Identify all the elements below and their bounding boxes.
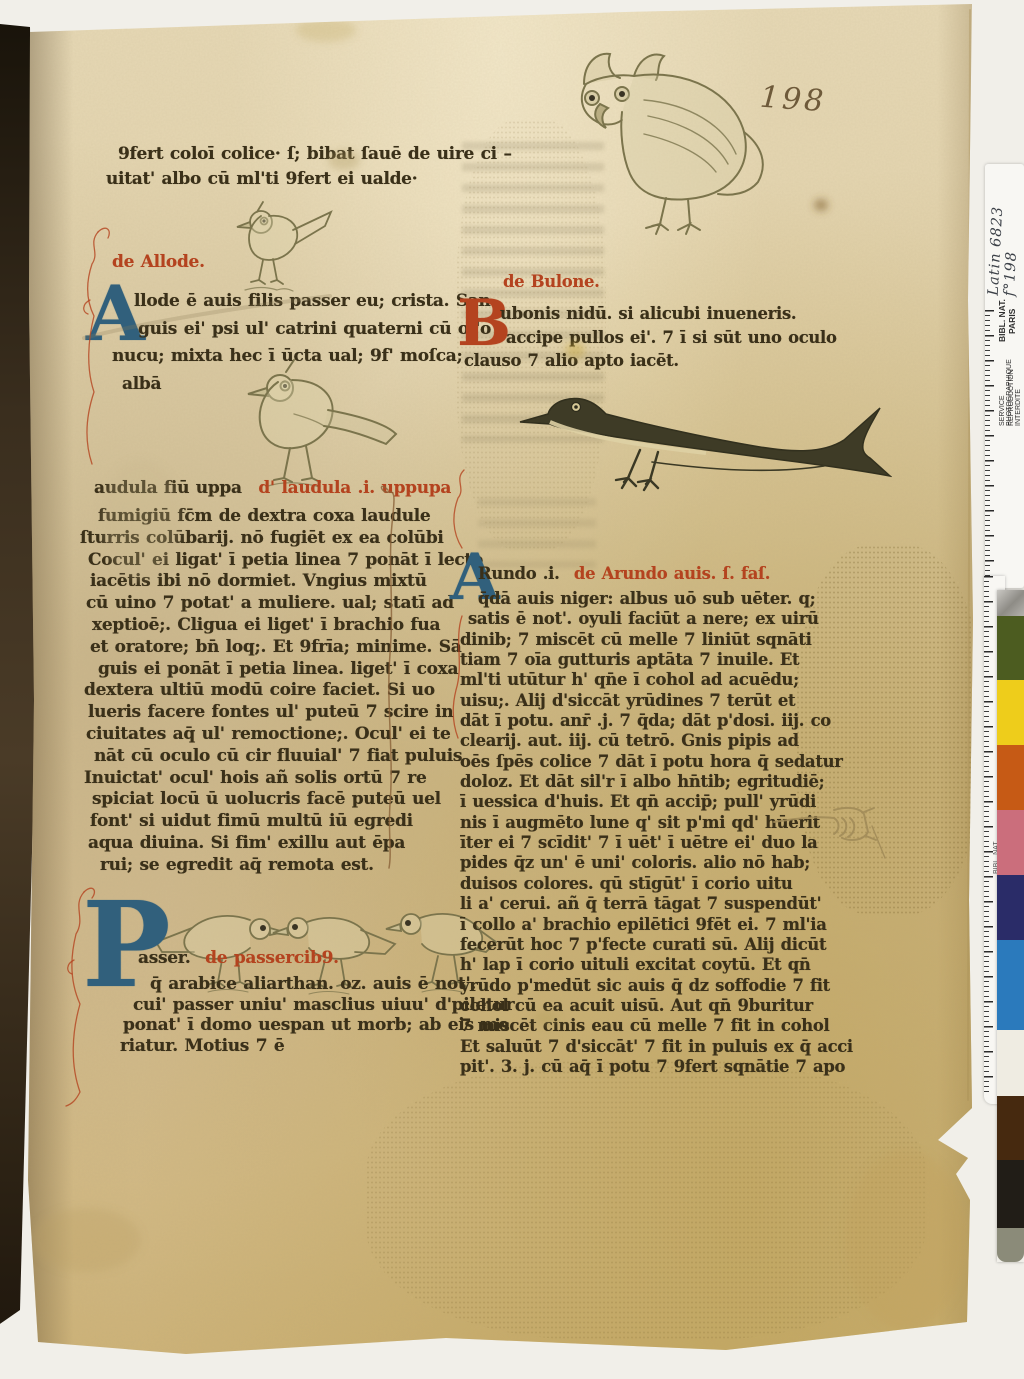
- manuscript-line: Cocul' ei ligat' ī petia linea 7 ponāt ī…: [88, 550, 483, 572]
- rubric-bulone: de Bulone.: [503, 272, 600, 292]
- manuscript-line: riatur. Motius 7 ē: [120, 1036, 514, 1057]
- manuscript-line: lueris facere fontes ul' puteū 7 scire i…: [88, 702, 483, 724]
- manuscript-line: Rundo .i.: [478, 564, 560, 583]
- manuscript-line: font' si uidut fimū multū iū egredi: [90, 811, 483, 833]
- color-patch: [997, 590, 1024, 616]
- color-patch: [997, 1160, 1024, 1228]
- color-patch: [997, 940, 1024, 1030]
- manuscript-line: q̄dā auis niger: albus uō sub uēter. q;: [478, 589, 853, 609]
- manuscript-line: ponat' ī domo uespan ut morb; ab eis mo: [123, 1015, 514, 1036]
- manuscript-line: dāt ī potu. anr̄ .j. 7 q̄da; dāt p'dosi.…: [460, 711, 853, 731]
- laudula-heading-line: audula fiū uppa d' laudula .i. uppupa: [94, 478, 451, 500]
- folio-number: 198: [759, 80, 828, 120]
- manuscript-line: asser.: [138, 948, 191, 968]
- manuscript-line: uisu;. Alij d'siccāt yrūdines 7 terūt et: [460, 691, 853, 711]
- manuscript-line: cohol cū ea acuit uisū. Aut qn̄ 9buritur: [460, 996, 853, 1016]
- manuscript-line: aqua diuina. Si fim' exillu aut ēpa: [88, 833, 483, 855]
- manuscript-line: nucu; mixta hec ī ūcta ual; 9f' moſca;: [112, 343, 497, 371]
- manuscript-line: fecerūt hoc 7 p'fecte curati sū. Alij di…: [460, 935, 853, 955]
- manuscript-line: ī uessica d'huis. Et qn̄ accip̄; pull' y…: [460, 792, 853, 812]
- laudula-paragraph: fumigiū fc̄m de dextra coxa laudule ſtur…: [80, 506, 483, 877]
- crested-lark-small-illustration: [205, 200, 340, 300]
- manuscript-line: cū uino 7 potat' a muliere. ual; statī a…: [86, 593, 483, 615]
- color-patch: [997, 1030, 1024, 1096]
- rubric-passer: de passercib9.: [205, 948, 339, 968]
- bulone-paragraph: ubonis nidū. si alicubi inueneris. accip…: [462, 302, 837, 373]
- manuscript-line: yrūdo p'medūt sic auis q̄ dz soffodie 7 …: [460, 976, 853, 996]
- manuscript-line: nis ī augmēto lune q' sit p'mi qd' hūeri…: [460, 813, 853, 833]
- manuscript-line: nāt cū oculo cū cir fluuial' 7 fiat pulu…: [94, 746, 483, 768]
- manuscript-line: ſturris colūbarij. nō fugiēt ex ea colūb…: [80, 528, 483, 550]
- service-label-line2: REPRODUCTION INTERDITE: [1008, 344, 1022, 426]
- manuscript-line: 7 miscēt cinis eau cū melle 7 fit in coh…: [460, 1016, 853, 1036]
- rubric-laudula: d' laudula .i. uppupa: [258, 478, 451, 498]
- manuscript-line: guis ei' psi ul' catrini quaterni cū ol'…: [138, 316, 497, 344]
- color-patch: [997, 745, 1024, 810]
- manuscript-line: spiciat locū ū uolucris facē puteū uel: [92, 789, 483, 811]
- manuscript-line: et oratore; bn̄ loq;. Et 9frīa; minime. …: [90, 637, 483, 659]
- manuscript-line: duisos colores. qū stīgūt' ī corio uitu: [460, 874, 853, 894]
- manuscript-line: albā: [122, 371, 497, 399]
- manuscript-line: li a' cerui. añ q̄ terrā tāgat 7 suspend…: [460, 894, 853, 914]
- manuscript-photograph: { "palette": { "parchment": "#ddcba0", "…: [0, 0, 1024, 1379]
- manuscript-line: īter ei 7 scīdit' 7 ī uēt' ī uētre ei' d…: [460, 833, 853, 853]
- manuscript-line: oēs ſpēs colice 7 dāt ī potu hora q̄ sed…: [460, 752, 853, 772]
- allode-paragraph: llode ē auis filis passer eu; crista. Sa…: [108, 288, 497, 398]
- manuscript-line: llode ē auis filis passer eu; crista. Sa…: [134, 288, 497, 316]
- color-patch: [997, 810, 1024, 875]
- manuscript-line: rui; se egredit aq̄ remota est.: [100, 855, 483, 877]
- manuscript-line: ciuitates aq̄ ul' remoctione;. Ocul' ei …: [86, 724, 483, 746]
- manuscript-line: clauso 7 alio apto iacēt.: [464, 349, 837, 373]
- hair-follicle-speckle: [366, 1060, 926, 1340]
- manuscript-line: pides q̄z un' ē uni' coloris. alio nō ha…: [460, 853, 853, 873]
- color-calibration-bar: [997, 590, 1024, 1262]
- ruler-major-ticks: [984, 576, 993, 1096]
- manuscript-page: 198 9fert coloī colice· ſ; bibat ſauē de…: [26, 0, 975, 1379]
- manuscript-line: guis ei ponāt ī petia linea. liget' ī co…: [98, 659, 483, 681]
- manuscript-line: ī collo a' brachio epilētici 9fēt ei. 7 …: [460, 915, 853, 935]
- black-swallow-illustration: [492, 392, 892, 507]
- manuscript-line: tiam 7 oīa gutturis aptāta 7 inuile. Et: [460, 650, 853, 670]
- manuscript-line: cui' passer uniu' masclius uiuu' d'pilet…: [133, 995, 514, 1016]
- arundo-paragraph: q̄dā auis niger: albus uō sub uēter. q; …: [460, 589, 853, 1077]
- manuscript-line: h' lap ī corio uituli excitat coytū. Et …: [460, 955, 853, 975]
- photo-label-strip: Latin 6823 f°198 BIBL. NAT. PARIS SERVIC…: [985, 164, 1024, 588]
- manuscript-line: dextera ultiū modū coire faciet. Si uo: [84, 680, 483, 702]
- manuscript-line: Inuictat' ocul' hois añ solis ortū 7 re: [84, 768, 483, 790]
- intro-paragraph: 9fert coloī colice· ſ; bibat ſauē de uir…: [106, 142, 512, 192]
- rubric-arundo: de Arundo auis. ſ. faſ.: [574, 564, 770, 583]
- horned-owl-illustration: [548, 46, 773, 251]
- manuscript-line: xeptioē;. Cligua ei liget' ī brachio fua: [92, 615, 483, 637]
- color-patch: [997, 616, 1024, 680]
- manuscript-line: uitat' albo cū ml'ti 9fert ei ualde·: [106, 167, 512, 192]
- manuscript-line: ml'ti utūtur h' qn̄e ī cohol ad acuēdu;: [460, 670, 853, 690]
- manuscript-line: dinib; 7 miscēt cū melle 7 liniūt sqnāti: [460, 630, 853, 650]
- manuscript-line: doloz. Et dāt sil'r ī albo hn̄tib; egrit…: [460, 772, 853, 792]
- manuscript-line: pit'. 3. j. cū aq̄ ī potu 7 9fert sqnāti…: [460, 1057, 853, 1077]
- manuscript-line: iacētis ibi nō dormiet. Vngius mixtū: [90, 571, 483, 593]
- passer-paragraph: q̄ arabice aliarthan. oz. auis ē not'. c…: [120, 974, 514, 1056]
- manuscript-line: ubonis nidū. si alicubi inueneris.: [500, 302, 837, 326]
- ruler-major-ticks: [985, 310, 994, 578]
- manuscript-line: clearij. aut. iij. cū tetrō. Gnis pipis …: [460, 731, 853, 751]
- manuscript-line: audula fiū uppa: [94, 478, 242, 498]
- city-label: PARIS: [1007, 286, 1017, 334]
- manuscript-line: Et saluūt 7 d'siccāt' 7 fit in puluis ex…: [460, 1037, 853, 1057]
- color-patch: [997, 1228, 1024, 1262]
- manuscript-line: satis ē not'. oyuli faciūt a nere; ex ui…: [468, 609, 853, 629]
- color-patch: [997, 680, 1024, 745]
- arundo-heading-line: Rundo .i. de Arundo auis. ſ. faſ.: [478, 564, 770, 584]
- manuscript-line: fumigiū fc̄m de dextra coxa laudule: [98, 506, 483, 528]
- passer-heading-line: asser. de passercib9.: [138, 948, 339, 970]
- manuscript-line: accipe pullos ei'. 7 ī si sūt uno oculo: [506, 326, 837, 350]
- institution-label: BIBL. NAT.: [997, 278, 1007, 342]
- color-patch: [997, 1096, 1024, 1160]
- manuscript-line: 9fert coloī colice· ſ; bibat ſauē de uir…: [118, 142, 512, 167]
- color-patch: [997, 875, 1024, 940]
